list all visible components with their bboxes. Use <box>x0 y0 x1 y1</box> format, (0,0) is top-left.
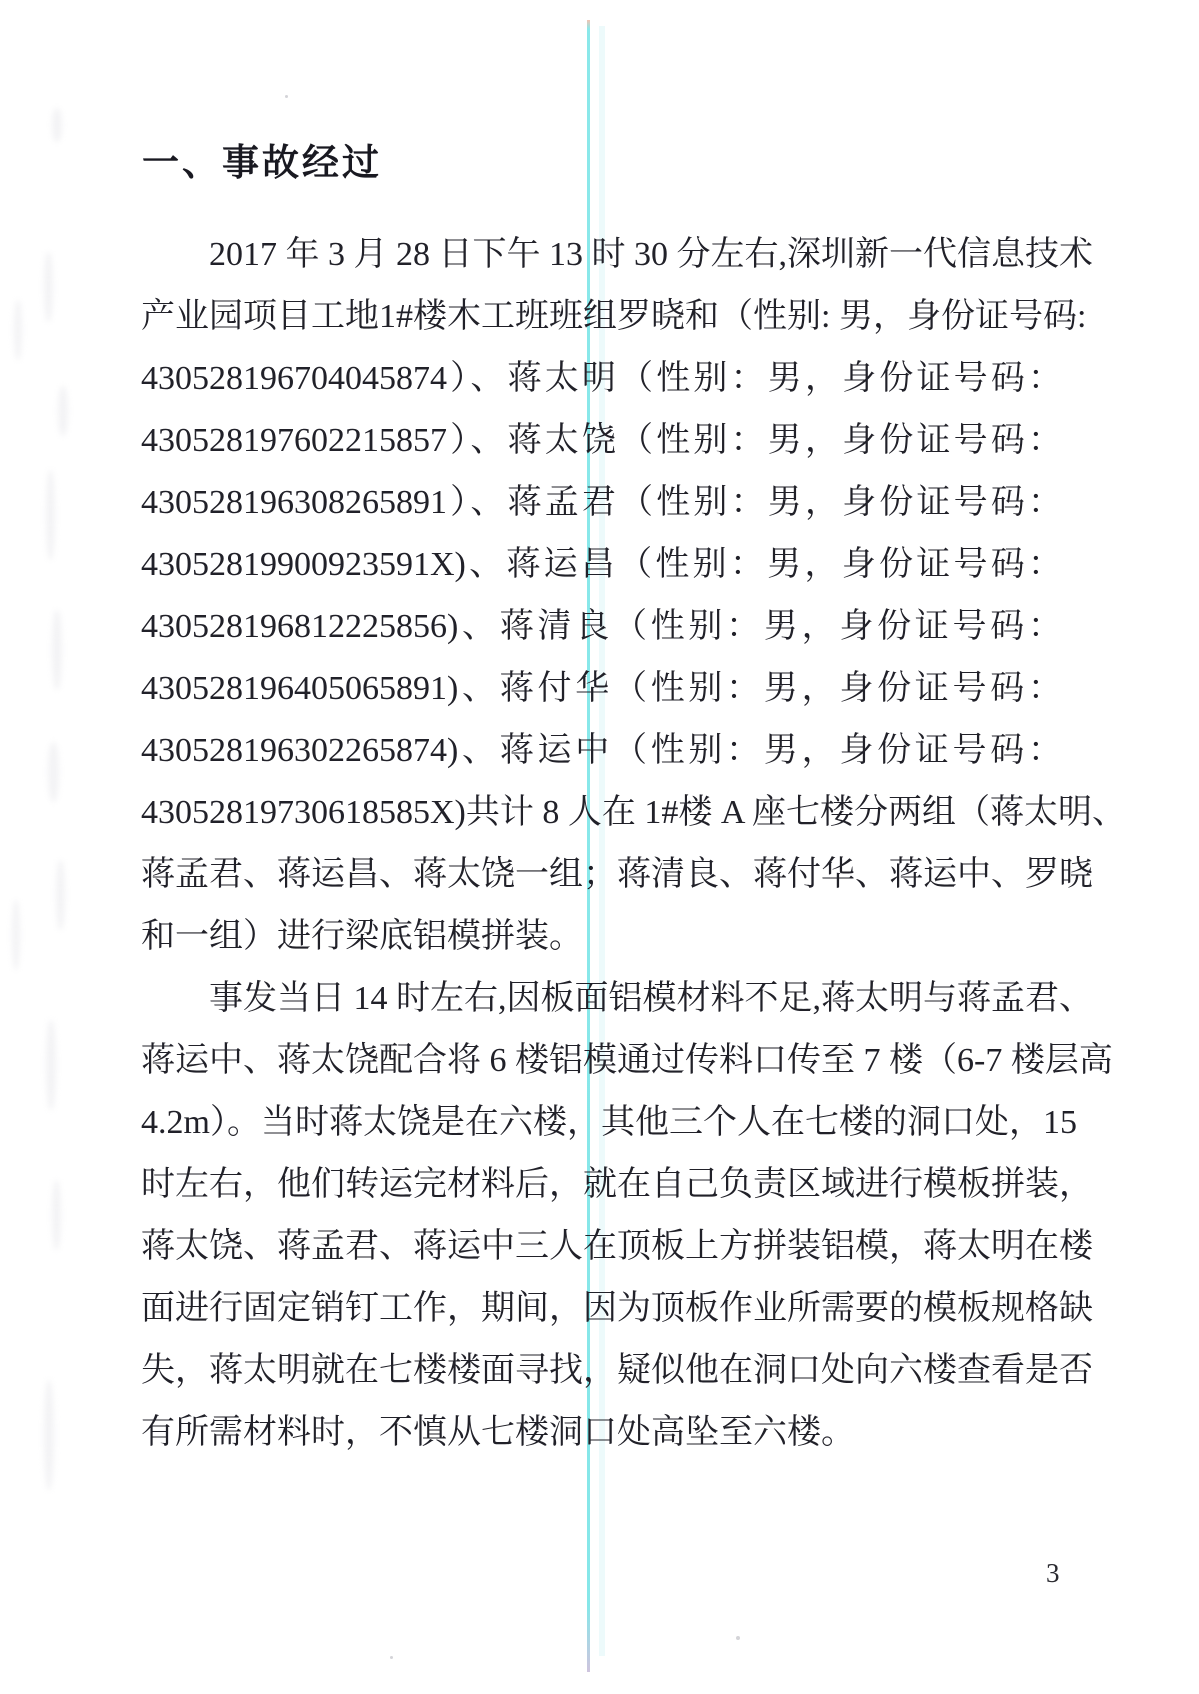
text-line: 蒋孟君、蒋运昌、蒋太饶一组；蒋清良、蒋付华、蒋运中、罗晓 <box>141 844 1062 906</box>
text-line: 4.2m）。当时蒋太饶是在六楼，其他三个人在七楼的洞口处，15 <box>141 1092 1062 1154</box>
text-line: 产业园项目工地1#楼木工班班组罗晓和（性别: 男，身份证号码: <box>141 286 1062 348</box>
text-line: 43052819900923591X)、蒋运昌（性别：男，身份证号码： <box>141 534 1062 596</box>
text-line: 蒋运中、蒋太饶配合将 6 楼铝模通过传料口传至 7 楼（6-7 楼层高 <box>141 1030 1062 1092</box>
text-line: 430528196302265874)、蒋运中（性别：男，身份证号码： <box>141 720 1062 782</box>
text-line: 时左右，他们转运完材料后，就在自己负责区域进行模板拼装， <box>141 1154 1062 1216</box>
text-line: 430528196308265891）、蒋孟君（性别：男，身份证号码： <box>141 472 1062 534</box>
text-line: 430528196812225856)、蒋清良（性别：男，身份证号码： <box>141 596 1062 658</box>
text-line: 蒋太饶、蒋孟君、蒋运中三人在顶板上方拼装铝模，蒋太明在楼 <box>141 1216 1062 1278</box>
paragraph-2: 事发当日 14 时左右,因板面铝模材料不足,蒋太明与蒋孟君、 蒋运中、蒋太饶配合… <box>141 968 1062 1464</box>
text-line: 面进行固定销钉工作，期间，因为顶板作业所需要的模板规格缺 <box>141 1278 1062 1340</box>
page-number: 3 <box>1046 1558 1060 1589</box>
body-text: 2017 年 3 月 28 日下午 13 时 30 分左右,深圳新一代信息技术 … <box>141 224 1062 1464</box>
text-line: 2017 年 3 月 28 日下午 13 时 30 分左右,深圳新一代信息技术 <box>141 224 1062 286</box>
text-line: 430528196405065891)、蒋付华（性别：男，身份证号码： <box>141 658 1062 720</box>
text-line: 事发当日 14 时左右,因板面铝模材料不足,蒋太明与蒋孟君、 <box>141 968 1062 1030</box>
scanned-document-page: 一、事故经过 2017 年 3 月 28 日下午 13 时 30 分左右,深圳新… <box>0 0 1199 1694</box>
paragraph-1: 2017 年 3 月 28 日下午 13 时 30 分左右,深圳新一代信息技术 … <box>141 224 1062 968</box>
section-heading: 一、事故经过 <box>142 132 382 186</box>
text-line: 430528197602215857）、蒋太饶（性别：男，身份证号码： <box>141 410 1062 472</box>
text-line: 43052819730618585X)共计 8 人在 1#楼 A 座七楼分两组（… <box>141 782 1062 844</box>
text-line: 失，蒋太明就在七楼楼面寻找，疑似他在洞口处向六楼查看是否 <box>141 1340 1062 1402</box>
text-line: 和一组）进行梁底铝模拼装。 <box>141 906 1062 968</box>
text-line: 430528196704045874）、蒋太明（性别：男，身份证号码： <box>141 348 1062 410</box>
text-line: 有所需材料时，不慎从七楼洞口处高坠至六楼。 <box>141 1402 1062 1464</box>
